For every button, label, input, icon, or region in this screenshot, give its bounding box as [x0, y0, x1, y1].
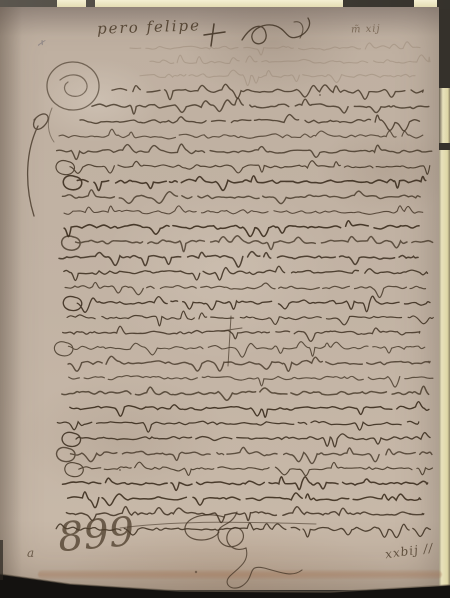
scanner-bottom-edge	[0, 0, 450, 598]
scanned-manuscript: pero felipe m̃ xij ✗ 899 xxbij // a	[0, 0, 450, 598]
